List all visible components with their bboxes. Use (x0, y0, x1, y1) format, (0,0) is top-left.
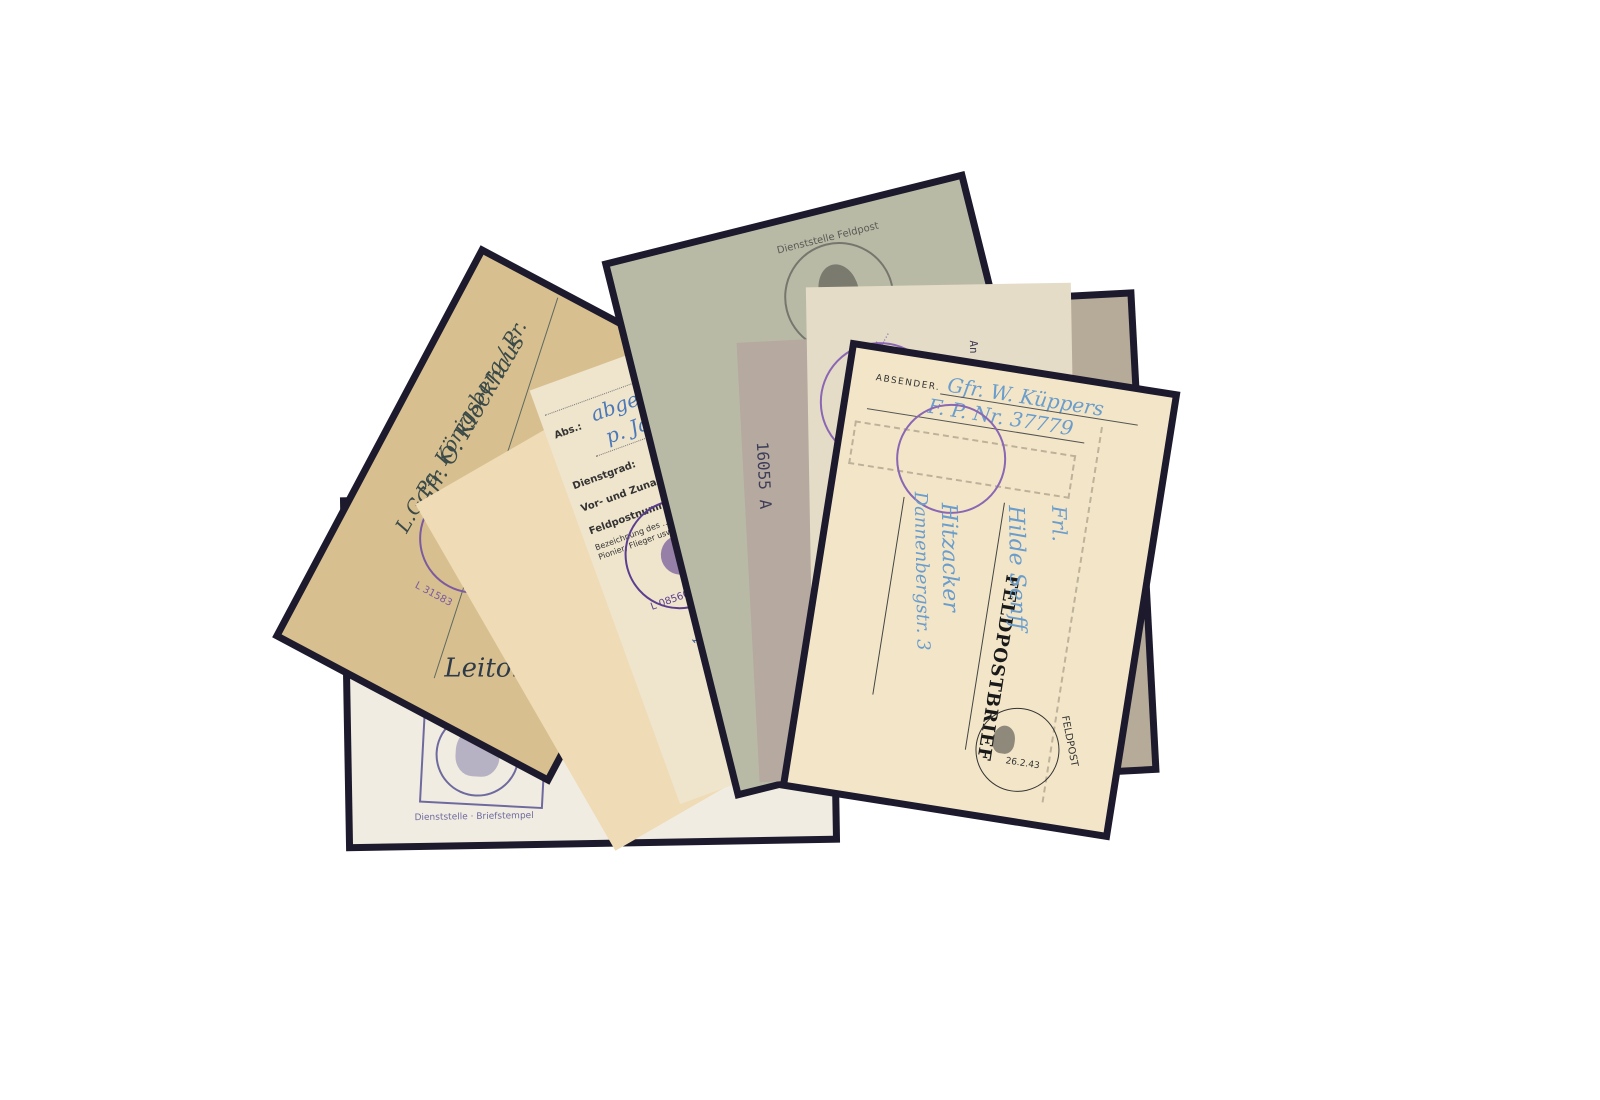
briefstempel-text: Dienststelle · Briefstempel (414, 811, 533, 823)
address-street: Dannenbergstr. 3 (910, 492, 934, 651)
address-name: Hilde Senff (1003, 505, 1030, 631)
photo-scene: Dienststelle · Briefstempel Liebe Mutti … (0, 0, 1600, 1100)
address-frl: Frl. (1047, 505, 1072, 542)
absender-label: ABSENDER. (875, 373, 941, 393)
address-town: Hitzacker (936, 503, 963, 612)
typed-number: 16055 A (753, 441, 776, 509)
typed-an: An (967, 340, 980, 353)
form-label-abs: Abs.: (553, 421, 584, 441)
feldpostbrief-envelope: ABSENDER. Gfr. W. Küppers F. P. Nr. 3777… (788, 348, 1173, 833)
address-line-1 (872, 497, 904, 695)
